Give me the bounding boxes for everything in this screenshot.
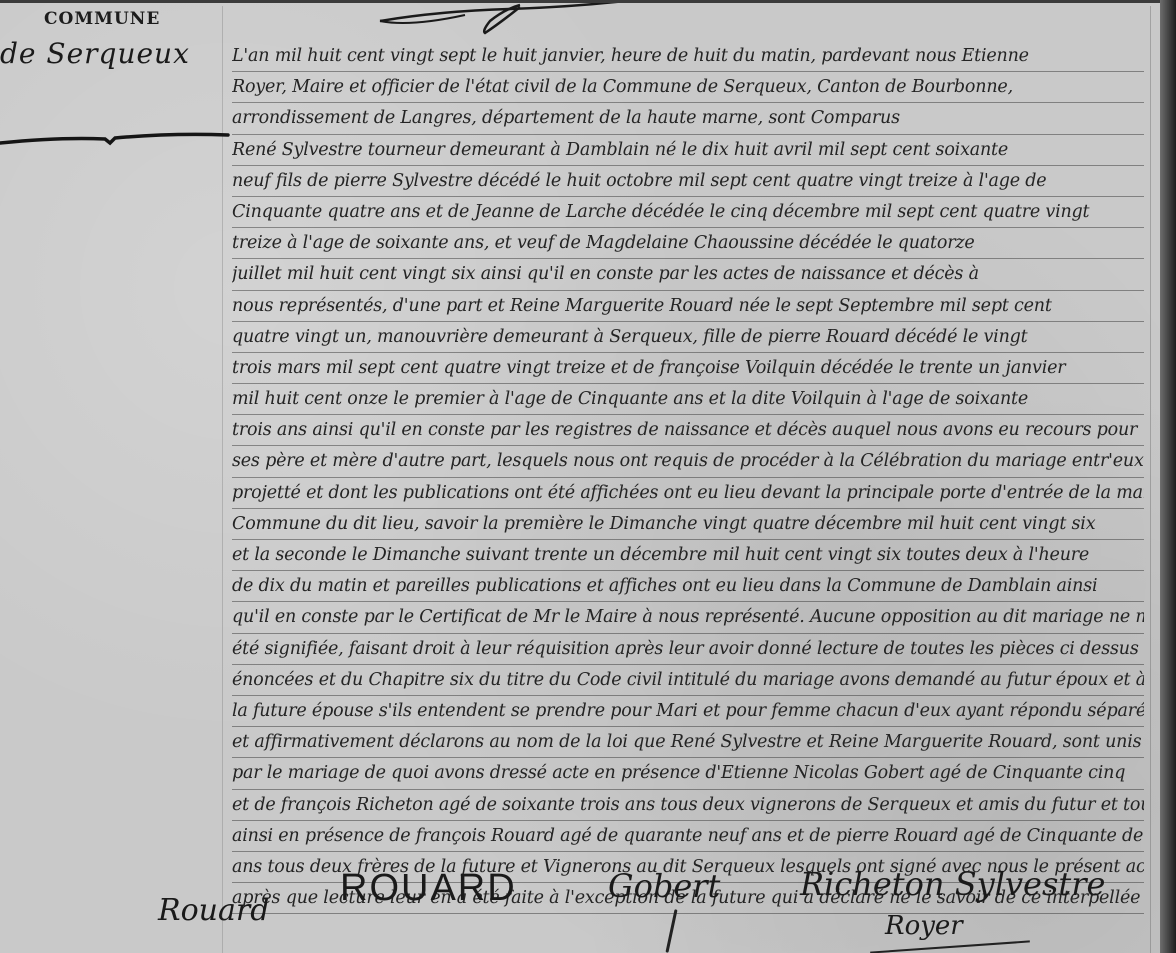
signature-richeton-sylvestre: Richeton Sylvestre <box>800 865 1105 903</box>
signature-rouard: Rouard <box>158 893 269 928</box>
margin-rule <box>222 6 223 953</box>
text-line: qu'il en conste par le Certificat de Mr … <box>232 602 1144 633</box>
text-line: et la seconde le Dimanche suivant trente… <box>232 540 1144 571</box>
text-line: Cinquante quatre ans et de Jeanne de Lar… <box>232 197 1144 228</box>
text-line: la future épouse s'ils entendent se pren… <box>232 696 1144 727</box>
text-line: treize à l'age de soixante ans, et veuf … <box>232 228 1144 259</box>
signature-flourish <box>665 909 677 953</box>
text-line: René Sylvestre tourneur demeurant à Damb… <box>232 135 1144 166</box>
text-line: ainsi en présence de françois Rouard agé… <box>232 821 1144 852</box>
register-page: COMMUNE de Serqueux L'an mil huit cent v… <box>0 3 1160 953</box>
commune-header: COMMUNE <box>44 9 160 29</box>
text-line: et de françois Richeton agé de soixante … <box>232 790 1144 821</box>
text-line: Royer, Maire et officier de l'état civil… <box>232 72 1144 103</box>
text-line: par le mariage de quoi avons dressé acte… <box>232 758 1144 789</box>
signature-underline <box>870 940 1030 953</box>
signature-royer: Royer <box>885 911 963 941</box>
text-line: ses père et mère d'autre part, lesquels … <box>232 446 1144 477</box>
scan-right-edge <box>1160 0 1176 953</box>
text-line: mil huit cent onze le premier à l'age de… <box>232 384 1144 415</box>
text-line: arrondissement de Langres, département d… <box>232 103 1144 134</box>
act-body-text: L'an mil huit cent vingt sept le huit ja… <box>232 41 1144 914</box>
text-line: été signifiée, faisant droit à leur réqu… <box>232 634 1144 665</box>
text-line: énoncées et du Chapitre six du titre du … <box>232 665 1144 696</box>
signature-gobert: Gobert <box>608 867 720 905</box>
text-line: de dix du matin et pareilles publication… <box>232 571 1144 602</box>
signature-rouard-capitals: ROUARD <box>340 867 517 910</box>
text-line: trois mars mil sept cent quatre vingt tr… <box>232 353 1144 384</box>
text-line: trois ans ainsi qu'il en conste par les … <box>232 415 1144 446</box>
text-line: L'an mil huit cent vingt sept le huit ja… <box>232 41 1144 72</box>
margin-brace-line <box>0 131 230 147</box>
top-flourish-stroke <box>370 3 630 35</box>
commune-name: de Serqueux <box>0 37 190 70</box>
signatures-block: Rouard ROUARD Gobert Richeton Sylvestre … <box>150 853 1150 953</box>
text-line: et affirmativement déclarons au nom de l… <box>232 727 1144 758</box>
text-line: neuf fils de pierre Sylvestre décédé le … <box>232 166 1144 197</box>
text-line: projetté et dont les publications ont ét… <box>232 478 1144 509</box>
right-margin-rule <box>1150 6 1151 953</box>
text-line: nous représentés, d'une part et Reine Ma… <box>232 291 1144 322</box>
text-line: quatre vingt un, manouvrière demeurant à… <box>232 322 1144 353</box>
text-line: Commune du dit lieu, savoir la première … <box>232 509 1144 540</box>
text-line: juillet mil huit cent vingt six ainsi qu… <box>232 259 1144 290</box>
